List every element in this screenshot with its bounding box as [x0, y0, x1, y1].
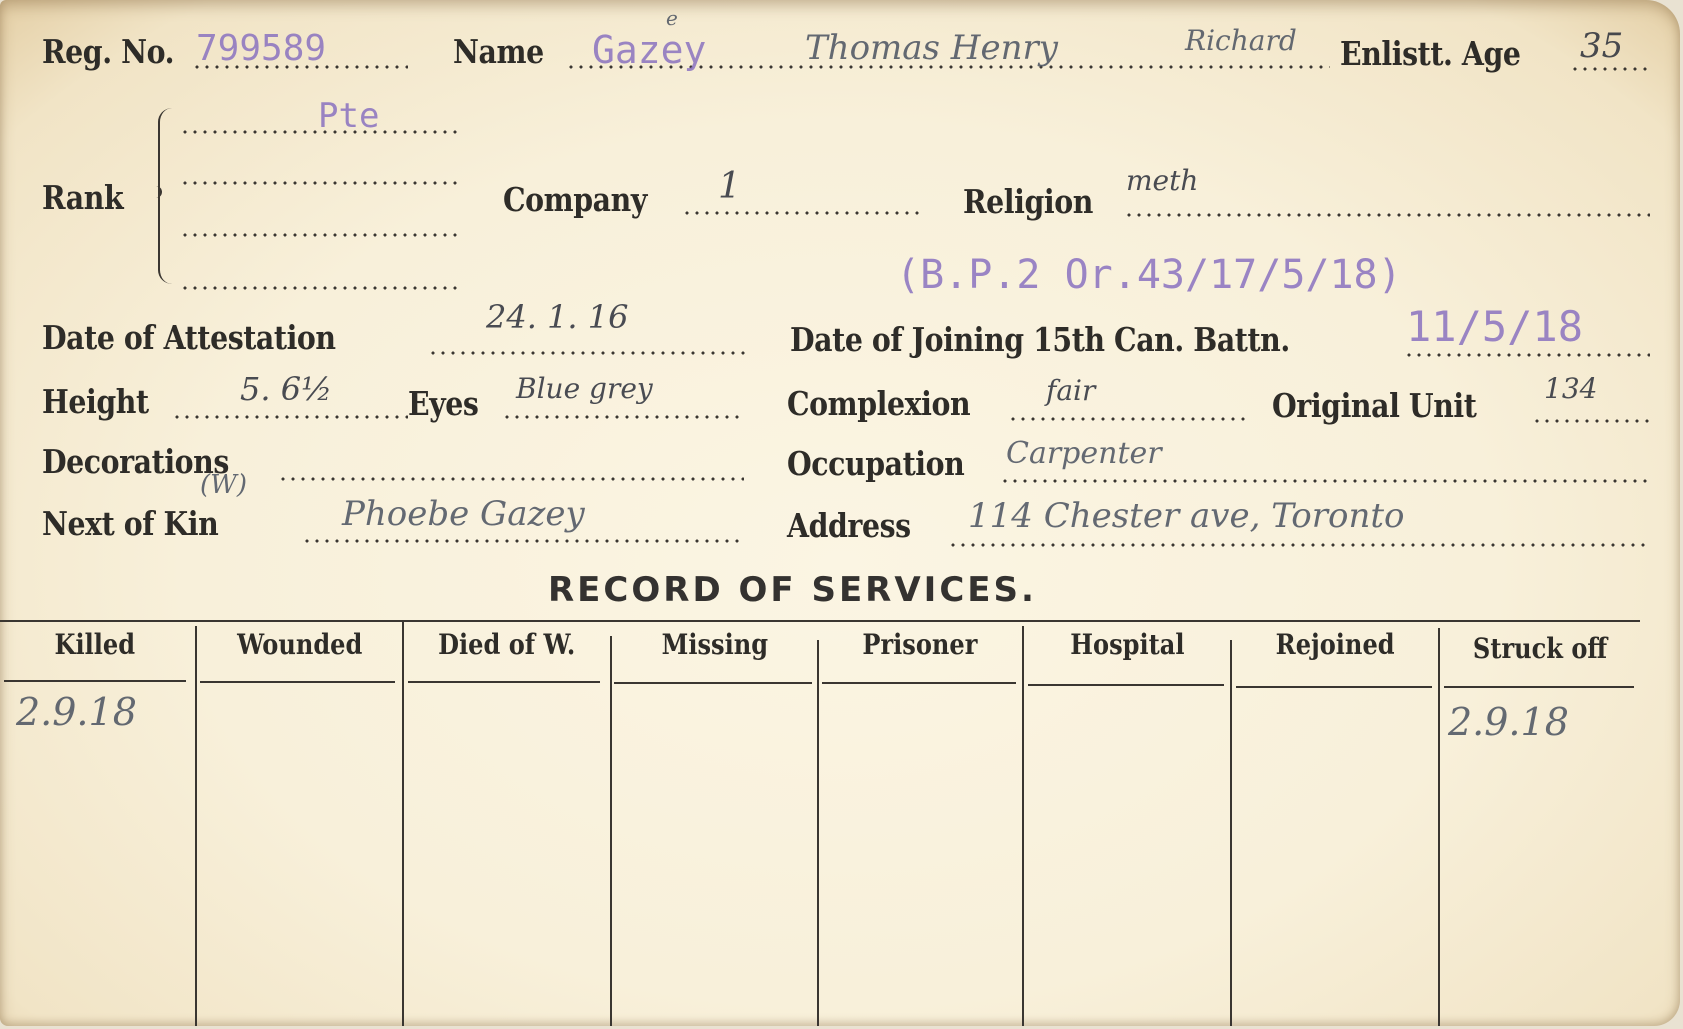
table-top-rule [0, 620, 1640, 622]
column-header-missing: Missing [612, 628, 818, 661]
given-name-extra: Richard [1185, 24, 1297, 57]
header-underline [4, 680, 186, 682]
joining-value: 11/5/18 [1406, 302, 1583, 351]
original-unit-dots [1532, 418, 1650, 424]
enlist-age-value: 35 [1580, 26, 1623, 66]
company-label: Company [503, 180, 647, 219]
complexion-value: fair [1046, 374, 1095, 407]
surname-value: Gazey [592, 28, 706, 72]
joining-label: Date of Joining 15th Can. Battn. [790, 320, 1290, 359]
address-value: 114 Chester ave, Toronto [968, 496, 1405, 536]
header-underline [200, 681, 395, 683]
surname-correction: e [666, 6, 678, 30]
occupation-label: Occupation [787, 444, 964, 483]
given-names-value: Thomas Henry [805, 28, 1058, 68]
height-label: Height [42, 382, 149, 421]
religion-dots [1124, 212, 1650, 218]
company-value: 1 [718, 166, 741, 207]
height-value: 5. 6½ [240, 370, 332, 408]
struck-off-date: 2.9.18 [1448, 700, 1569, 744]
column-header-prisoner: Prisoner [818, 628, 1022, 661]
column-divider [610, 636, 612, 1026]
header-underline [614, 682, 812, 684]
service-record-card: Reg. No. 799589 Name Gazey e Thomas Henr… [0, 0, 1680, 1026]
attestation-dots [428, 350, 748, 356]
address-dots [948, 542, 1650, 548]
occupation-value: Carpenter [1006, 436, 1162, 471]
column-divider [402, 622, 404, 1026]
column-divider [1230, 640, 1232, 1026]
age-dots [1570, 66, 1650, 72]
rank-line-4 [180, 285, 460, 291]
header-underline [1236, 686, 1432, 688]
company-dots [682, 210, 922, 216]
reg-no-label: Reg. No. [42, 32, 174, 71]
killed-date: 2.9.18 [16, 690, 137, 734]
column-header-struck-off: Struck off [1440, 632, 1640, 665]
address-label: Address [787, 506, 911, 545]
decorations-dots [278, 476, 744, 482]
eyes-dots [502, 414, 740, 420]
header-underline [1028, 684, 1224, 686]
rank-line-3 [180, 232, 460, 238]
column-header-died-of-wounds: Died of W. [404, 628, 610, 661]
complexion-label: Complexion [787, 384, 970, 423]
header-underline [408, 681, 600, 683]
header-underline [822, 682, 1016, 684]
height-dots [172, 414, 408, 420]
order-stamp: (B.P.2 Or.43/17/5/18) [896, 252, 1402, 298]
religion-value: meth [1126, 164, 1198, 197]
column-divider [817, 640, 819, 1026]
column-divider [1438, 628, 1440, 1026]
rank-line-2 [180, 180, 460, 186]
column-header-wounded: Wounded [198, 628, 402, 661]
column-header-rejoined: Rejoined [1232, 628, 1438, 661]
enlist-age-label: Enlistt. Age [1340, 34, 1521, 73]
complexion-dots [1008, 416, 1248, 422]
next-of-kin-value: Phoebe Gazey [342, 494, 585, 534]
joining-dots [1404, 352, 1650, 358]
occupation-dots [1000, 478, 1650, 484]
attestation-value: 24. 1. 16 [486, 298, 628, 336]
eyes-label: Eyes [408, 384, 478, 423]
column-header-hospital: Hospital [1024, 628, 1230, 661]
column-divider [195, 626, 197, 1026]
rank-value: Pte [318, 96, 379, 136]
column-header-killed: Killed [0, 628, 190, 661]
rank-label: Rank [42, 178, 123, 217]
header-underline [1444, 686, 1634, 688]
reg-no-value: 799589 [196, 28, 326, 69]
kin-relation: (W) [200, 470, 247, 500]
attestation-label: Date of Attestation [42, 318, 336, 357]
record-of-services-title: RECORD OF SERVICES. [548, 570, 1037, 610]
rank-brace-point [150, 186, 162, 198]
column-divider [1022, 626, 1024, 1026]
next-of-kin-dots [302, 538, 744, 544]
religion-label: Religion [963, 182, 1093, 221]
next-of-kin-label: Next of Kin [42, 504, 218, 543]
eyes-value: Blue grey [516, 372, 653, 405]
original-unit-label: Original Unit [1272, 386, 1476, 425]
name-label: Name [453, 32, 544, 71]
original-unit-value: 134 [1544, 372, 1597, 405]
